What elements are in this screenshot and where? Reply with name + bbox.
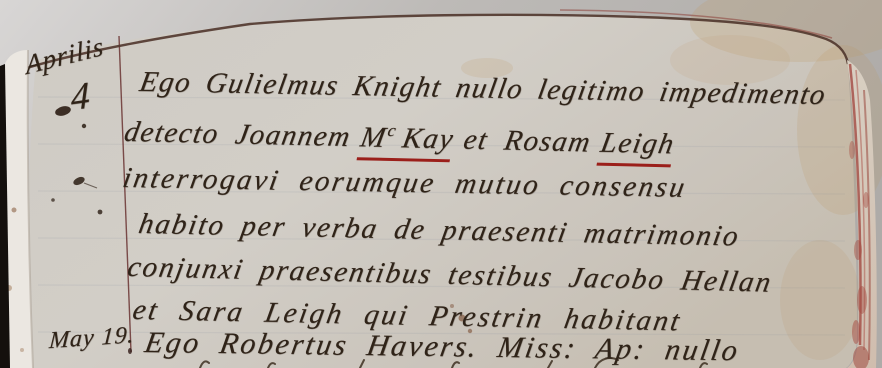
groom-surname-rest: Kay: [400, 122, 457, 155]
margin-date-day: 4: [70, 73, 90, 120]
bride-surname-underlined: Leigh: [597, 126, 678, 167]
groom-surname-underlined: McKay: [357, 121, 457, 162]
entry1-line2-pre: detecto Joannem: [122, 116, 354, 153]
register-page-photo: Aprilis 4 Ego Gulielmus Knight nullo leg…: [0, 0, 882, 368]
groom-surname-initial: M: [358, 121, 389, 153]
entry1-line2-mid: et Rosam: [461, 123, 594, 158]
